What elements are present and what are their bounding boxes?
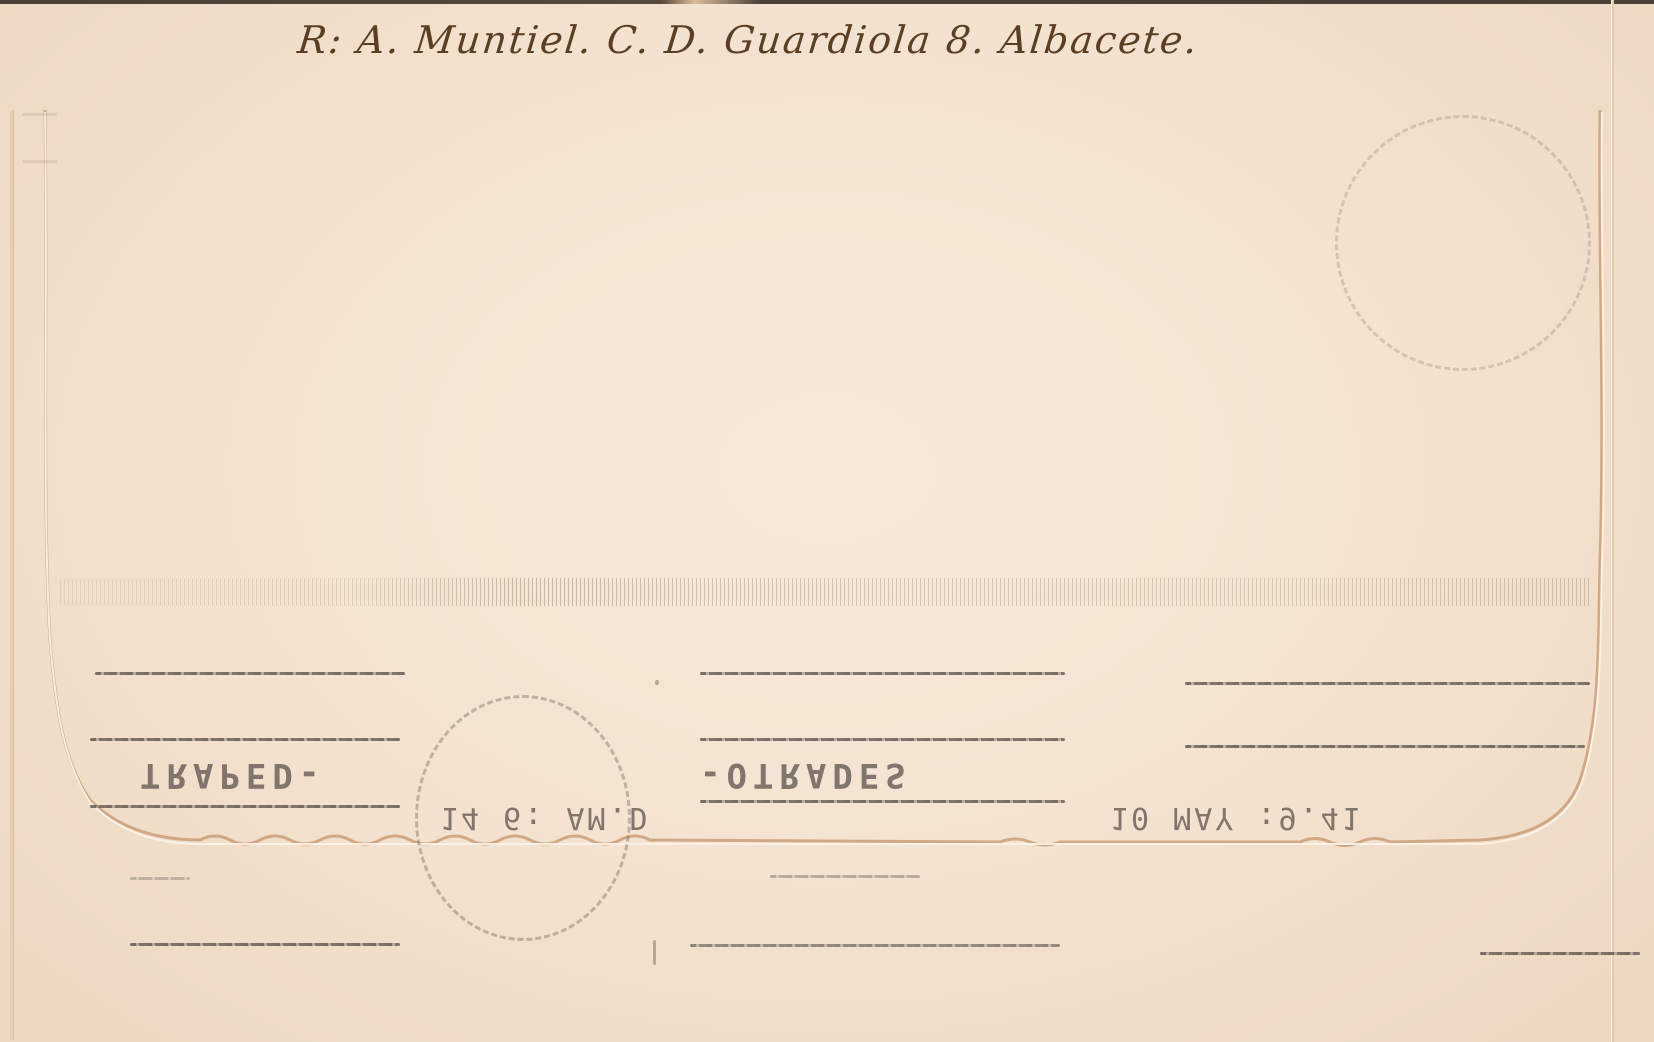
cancel-line <box>1185 682 1590 685</box>
cancel-line <box>700 800 1065 803</box>
sender-address-handwriting: R: A. Muntiel. C. D. Guardiola 8. Albace… <box>296 18 1201 62</box>
cancel-line <box>130 877 190 880</box>
cancel-line <box>1185 745 1585 748</box>
cancel-line <box>90 805 400 808</box>
ink-mark <box>655 680 659 685</box>
cancel-line <box>130 943 400 946</box>
machine-cancel-hatch-band <box>60 578 1590 606</box>
circular-postmark <box>415 695 631 941</box>
circular-postmark <box>1335 115 1591 371</box>
cancel-line <box>770 875 920 878</box>
cancel-line <box>700 738 1065 741</box>
ink-mark <box>653 940 656 965</box>
envelope-right-fold <box>1612 0 1614 1042</box>
envelope-left-fold <box>10 110 13 1040</box>
cancel-line <box>690 944 1060 947</box>
date-stamp: 10 MAY :9.41 <box>1110 800 1363 835</box>
cancel-line <box>90 738 400 741</box>
cancel-line <box>95 672 405 675</box>
cancel-line <box>700 672 1065 675</box>
cancel-line <box>1480 952 1640 955</box>
cancel-slogan-left: TRAPED- <box>140 755 325 795</box>
ink-mark <box>22 113 57 116</box>
ink-mark <box>22 160 57 163</box>
cancel-slogan-right: -OTRADES <box>700 755 912 795</box>
envelope-back: R: A. Muntiel. C. D. Guardiola 8. Albace… <box>0 0 1654 1042</box>
scan-top-edge <box>0 0 1654 4</box>
